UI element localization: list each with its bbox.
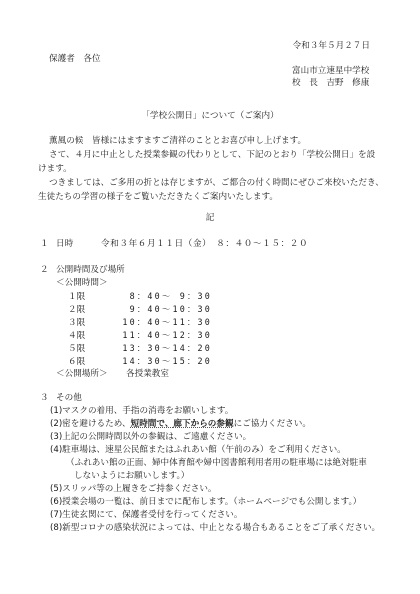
period-row: １限8：40～ 9：30 xyxy=(68,292,212,302)
section2-label: 公開時間及び場所 xyxy=(56,266,125,275)
section2-number: ２ xyxy=(40,266,49,275)
intro-paragraph-line1: さて、４月に中止とした授業参観の代わりとして、下記のとおり「学校公開日」を設 xyxy=(49,151,375,160)
period-time: 9：40～10：30 xyxy=(102,305,212,313)
section1-label: 日時 xyxy=(56,240,73,249)
section1-datetime: 令和３年６月１１日（金） ８：４０～１５：２０ xyxy=(101,240,308,249)
period-label: ５限 xyxy=(68,345,102,354)
note-item-2-pre: (2)密を避けるため、 xyxy=(50,419,131,429)
note-item-6: (6)授業会場の一覧は、前日までに配布します。（ホームページでも公開します。） xyxy=(50,498,361,507)
note-item-5: (5)スリッパ等の上履きをご持参ください。 xyxy=(50,485,217,494)
document-date: 令和３年５月２７日 xyxy=(293,42,370,51)
ki-heading: 記 xyxy=(0,214,420,223)
period-label: ３限 xyxy=(68,319,102,328)
period-label: ６限 xyxy=(68,358,102,367)
note-item-1: (1)マスクの着用、手指の消毒をお願いします。 xyxy=(50,407,233,416)
period-row: ３限10：40～11：30 xyxy=(68,318,212,328)
period-time: 14：30～15：20 xyxy=(102,357,212,365)
period-row: ６限14：30～15：20 xyxy=(68,357,212,367)
intro-paragraph-line2: けます。 xyxy=(38,165,72,174)
period-time: 13：30～14：20 xyxy=(102,344,212,352)
note-item-2: (2)密を避けるため、短時間で、廊下からの参観にご協力ください。 xyxy=(50,420,311,429)
period-label: １限 xyxy=(68,293,102,302)
period-row: ４限11：40～12：30 xyxy=(68,331,212,341)
note-item-2-post: にご協力ください。 xyxy=(234,419,311,429)
period-row: ５限13：30～14：20 xyxy=(68,344,212,354)
document-title: 「学校公開日」について（ご案内） xyxy=(0,112,420,121)
note-item-3: (3)上記の公開時間以外の参観は、ご遠慮ください。 xyxy=(50,433,251,442)
emphasis-corridor-viewing: 廊下からの参観 xyxy=(173,419,233,429)
period-time: 8：40～ 9：30 xyxy=(102,292,212,300)
period-row: ２限9：40～10：30 xyxy=(68,305,212,315)
open-time-heading: ＜公開時間＞ xyxy=(56,279,108,288)
note-item-4-sub2: しないようにお願いします。） xyxy=(74,472,189,481)
period-label: ４限 xyxy=(68,332,102,341)
open-place: 各授業教室 xyxy=(126,370,169,379)
note-item-7: (7)生徒玄関にて、保護者受付を行ってください。 xyxy=(50,511,242,520)
note-item-8: (8)新型コロナの感染状況によっては、中止となる場合もあることをご了承ください。 xyxy=(50,524,380,533)
request-paragraph-line1: つきましては、ご多用の折とは存じますが、ご都合の付く時間にぜひご来校いただき、 xyxy=(49,179,384,188)
addressee: 保護者 各位 xyxy=(49,55,101,64)
section1-number: １ xyxy=(40,240,49,249)
note-item-4: (4)駐車場は、速星公民館またはふれあい館（午前のみ）をご利用ください。 xyxy=(50,446,346,455)
period-time: 11：40～12：30 xyxy=(102,331,212,339)
emphasis-short-time: 短時間で xyxy=(131,419,165,429)
request-paragraph-line2: 生徒たちの学習の様子をご覧いただきたくご案内いたします。 xyxy=(38,193,278,202)
section3-label: その他 xyxy=(56,394,82,403)
period-label: ２限 xyxy=(68,306,102,315)
period-time: 10：40～11：30 xyxy=(102,318,212,326)
open-place-heading: ＜公開場所＞ xyxy=(56,370,108,379)
principal-name: 校 長 吉野 修康 xyxy=(292,79,369,88)
section3-number: ３ xyxy=(40,394,49,403)
note-item-4-sub1: （ふれあい館の正面、婦中体育館や婦中図書館利用者用の駐車場には絶対駐車 xyxy=(66,459,367,468)
greeting-paragraph: 薫風の候 皆様にはますますご清祥のこととお喜び申し上げます。 xyxy=(49,137,306,146)
school-name: 富山市立速星中学校 xyxy=(292,67,369,76)
